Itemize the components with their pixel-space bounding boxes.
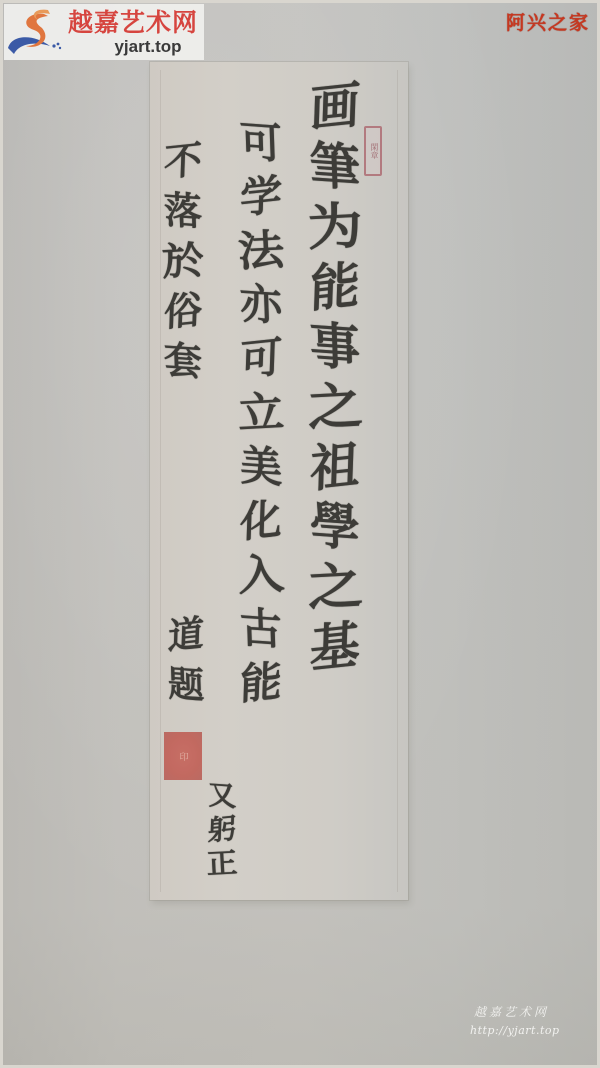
calligraphy-char: 画 xyxy=(309,79,360,135)
flame-swirl-logo-icon xyxy=(4,4,66,60)
calligraphy-char: 美 xyxy=(239,444,282,489)
seal-text: 印 xyxy=(177,752,190,761)
calligraphy-char: 亦 xyxy=(239,282,282,327)
calligraphy-column-2: 可 学 法 亦 可 立 美 化 入 古 能 xyxy=(240,122,282,704)
logo-brand-name: 越嘉艺术网 xyxy=(68,8,198,38)
calligraphy-char: 学 xyxy=(239,174,282,221)
calligraphy-char: 立 xyxy=(237,391,285,435)
calligraphy-char: 古 xyxy=(239,606,282,651)
calligraphy-char: 筆 xyxy=(309,140,361,194)
signature-column: 道 题 xyxy=(168,617,204,703)
bottom-right-watermark: 越嘉艺术网 http://yjart.top xyxy=(470,1003,560,1037)
small-seal-stamp: 閑章 xyxy=(364,126,382,176)
calligraphy-char: 能 xyxy=(239,660,282,707)
calligraphy-char: 套 xyxy=(163,341,202,382)
calligraphy-char: 又 xyxy=(208,781,237,811)
calligraphy-char: 题 xyxy=(167,666,204,705)
calligraphy-char: 为 xyxy=(306,201,364,254)
logo-domain: yjart.top xyxy=(114,38,181,56)
calligraphy-char: 可 xyxy=(239,120,282,165)
calligraphy-char: 入 xyxy=(237,553,285,597)
calligraphy-char: 學 xyxy=(309,500,361,554)
calligraphy-char: 事 xyxy=(309,320,361,374)
calligraphy-char: 基 xyxy=(309,619,360,675)
site-logo-watermark: 越嘉艺术网 yjart.top xyxy=(4,4,204,60)
calligraphy-column-3: 不 落 於 俗 套 xyxy=(164,142,202,380)
calligraphy-char: 化 xyxy=(239,498,282,545)
calligraphy-char: 之 xyxy=(306,381,364,434)
calligraphy-char: 俗 xyxy=(163,290,202,332)
calligraphy-char: 法 xyxy=(237,229,285,273)
calligraphy-char: 能 xyxy=(309,259,360,315)
calligraphy-char: 不 xyxy=(163,140,202,182)
calligraphy-char: 祖 xyxy=(309,439,360,495)
calligraphy-char: 於 xyxy=(161,241,205,281)
logo-text: 越嘉艺术网 yjart.top xyxy=(68,8,198,56)
calligraphy-char: 躬 xyxy=(208,814,237,845)
calligraphy-char: 之 xyxy=(306,561,364,614)
calligraphy-char: 落 xyxy=(163,191,202,232)
calligraphy-column-1: 画 筆 为 能 事 之 祖 學 之 基 xyxy=(310,82,360,672)
calligraphy-scroll: 閑章 画 筆 为 能 事 之 祖 學 之 基 可 学 法 亦 可 立 美 化 入… xyxy=(150,62,408,900)
watermark-url: http://yjart.top xyxy=(470,1024,560,1037)
watermark-brand: 越嘉艺术网 xyxy=(474,1003,560,1020)
signature-tail-column: 又 躬 正 xyxy=(208,782,236,878)
red-seal-stamp: 印 xyxy=(164,732,202,780)
calligraphy-char: 正 xyxy=(206,849,238,879)
calligraphy-char: 道 xyxy=(167,615,204,655)
corner-watermark-text: 阿兴之家 xyxy=(506,8,590,35)
calligraphy-char: 可 xyxy=(239,336,282,383)
